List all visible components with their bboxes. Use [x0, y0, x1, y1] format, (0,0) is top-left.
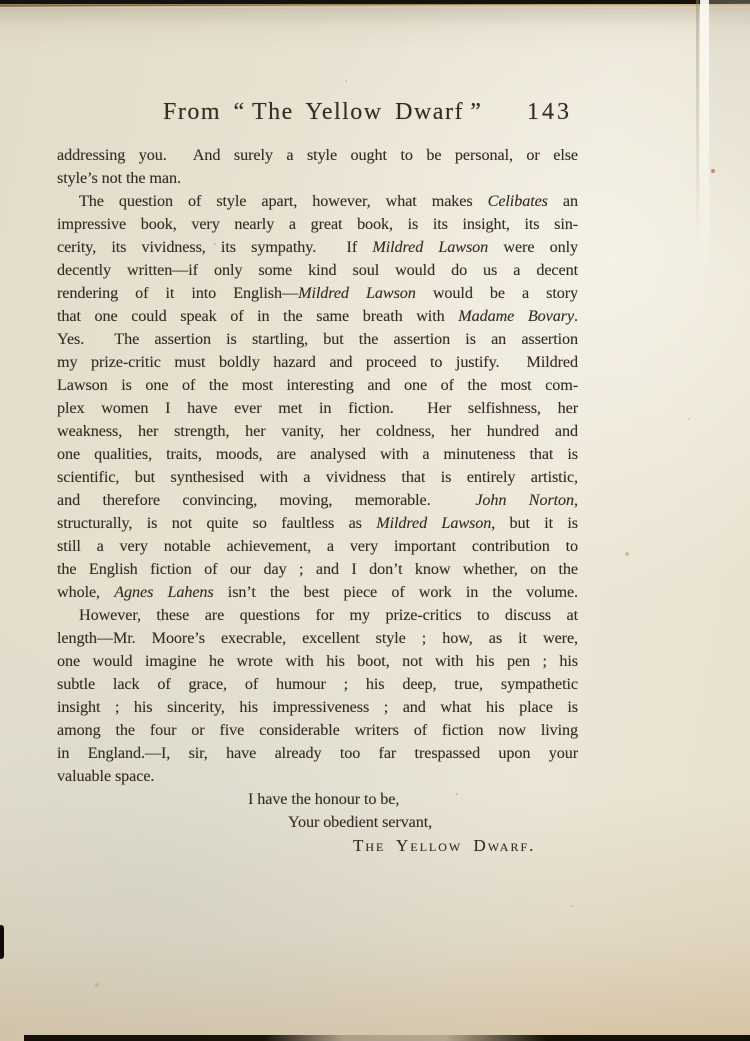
text-run: cerity, its vividness, its sympathy. If	[57, 238, 372, 256]
text-run: plex women I have ever met in fiction. H…	[57, 399, 578, 417]
book-title-italic: Agnes Lahens	[114, 583, 213, 601]
underlying-page-edge	[709, 0, 750, 280]
page-edge-crease	[696, 0, 699, 240]
text-run: whole,	[57, 583, 114, 601]
text-run: addressing you. And surely a style ought…	[57, 146, 578, 164]
closing-line-honour: I have the honour to be,	[57, 788, 578, 811]
text-line: addressing you. And surely a style ought…	[57, 144, 578, 167]
text-run: .	[574, 307, 578, 325]
text-line: plex women I have ever met in fiction. H…	[57, 397, 578, 420]
text-line: that one could speak of in the same brea…	[57, 305, 578, 328]
text-run: style’s not the man.	[57, 169, 181, 187]
text-run: decently written—if only some kind soul …	[57, 261, 578, 279]
text-run: ,	[574, 491, 578, 509]
text-line: impressive book, very nearly a great boo…	[57, 213, 578, 236]
text-line: However, these are questions for my priz…	[57, 604, 578, 627]
text-line: one would imagine he wrote with his boot…	[57, 650, 578, 673]
text-run: still a very notable achievement, a very…	[57, 537, 578, 555]
text-line: structurally, is not quite so faultless …	[57, 512, 578, 535]
closing-line-servant: Your obedient servant,	[57, 811, 578, 834]
text-line: and therefore convincing, moving, memora…	[57, 489, 578, 512]
scan-top-shadow	[0, 8, 750, 28]
text-line: among the four or five considerable writ…	[57, 719, 578, 742]
text-run: would be a story	[416, 284, 578, 302]
text-run: one qualities, traits, moods, are analys…	[57, 445, 578, 463]
text-line: Yes. The assertion is startling, but the…	[57, 328, 578, 351]
text-line: insight ; his sincerity, his impressiven…	[57, 696, 578, 719]
text-line: scientific, but synthesised with a vivid…	[57, 466, 578, 489]
text-line: the English fiction of our day ; and I d…	[57, 558, 578, 581]
closing-block: I have the honour to be, Your obedient s…	[57, 788, 578, 857]
text-run: an	[548, 192, 578, 210]
chapter-title: From “ The Yellow Dwarf ”	[163, 99, 482, 125]
text-line: weakness, her strength, her vanity, her …	[57, 420, 578, 443]
book-title-italic: Mildred Lawson	[298, 284, 416, 302]
text-line: subtle lack of grace, of humour ; his de…	[57, 673, 578, 696]
text-run: scientific, but synthesised with a vivid…	[57, 468, 578, 486]
text-run: structurally, is not quite so faultless …	[57, 514, 376, 532]
text-run: , but it is	[491, 514, 578, 532]
text-line: length—Mr. Moore’s execrable, excellent …	[57, 627, 578, 650]
running-head: From “ The Yellow Dwarf ” 143	[57, 99, 578, 125]
page-edge-highlight	[700, 0, 709, 300]
book-title-italic: Madame Bovary	[458, 307, 574, 325]
text-run: were only	[488, 238, 578, 256]
scan-bottom-edge	[24, 1035, 750, 1041]
text-run: and therefore convincing, moving, memora…	[57, 491, 475, 509]
text-line: valuable space.	[57, 765, 578, 788]
text-run: rendering of it into English—	[57, 284, 298, 302]
scanned-book-page: From “ The Yellow Dwarf ” 143 addressing…	[0, 0, 750, 1041]
page-number: 143	[527, 99, 572, 125]
text-run: weakness, her strength, her vanity, her …	[57, 422, 578, 440]
text-line: still a very notable achievement, a very…	[57, 535, 578, 558]
text-line: cerity, its vividness, its sympathy. If …	[57, 236, 578, 259]
text-run: length—Mr. Moore’s execrable, excellent …	[57, 629, 578, 647]
paper-foxing-speckles	[0, 0, 2, 2]
text-run: subtle lack of grace, of humour ; his de…	[57, 675, 578, 693]
text-line: rendering of it into English—Mildred Law…	[57, 282, 578, 305]
text-run: Lawson is one of the most interesting an…	[57, 376, 578, 394]
text-run: Yes. The assertion is startling, but the…	[57, 330, 578, 348]
text-run: insight ; his sincerity, his impressiven…	[57, 698, 578, 716]
text-run: among the four or five considerable writ…	[57, 721, 578, 739]
text-run: isn’t the best piece of work in the volu…	[214, 583, 578, 601]
text-run: However, these are questions for my priz…	[79, 606, 578, 624]
text-line: my prize-critic must boldly hazard and p…	[57, 351, 578, 374]
book-title-italic: John Norton	[475, 491, 574, 509]
body-lines: addressing you. And surely a style ought…	[57, 144, 578, 788]
text-line: Lawson is one of the most interesting an…	[57, 374, 578, 397]
text-line: in England.—I, sir, have already too far…	[57, 742, 578, 765]
text-line: one qualities, traits, moods, are analys…	[57, 443, 578, 466]
text-run: The question of style apart, however, wh…	[79, 192, 488, 210]
text-run: that one could speak of in the same brea…	[57, 307, 458, 325]
text-line: The question of style apart, however, wh…	[57, 190, 578, 213]
book-title-italic: Celibates	[488, 192, 548, 210]
text-run: my prize-critic must boldly hazard and p…	[57, 353, 578, 371]
body-text: addressing you. And surely a style ought…	[57, 144, 578, 857]
text-line: whole, Agnes Lahens isn’t the best piece…	[57, 581, 578, 604]
text-line: style’s not the man.	[57, 167, 578, 190]
text-run: impressive book, very nearly a great boo…	[57, 215, 578, 233]
text-run: the English fiction of our day ; and I d…	[57, 560, 578, 578]
text-run: valuable space.	[57, 767, 154, 785]
signature-yellow-dwarf: The Yellow Dwarf.	[57, 834, 578, 857]
text-run: in England.—I, sir, have already too far…	[57, 744, 578, 762]
book-title-italic: Mildred Lawson	[372, 238, 488, 256]
text-line: decently written—if only some kind soul …	[57, 259, 578, 282]
book-title-italic: Mildred Lawson	[376, 514, 491, 532]
text-run: one would imagine he wrote with his boot…	[57, 652, 578, 670]
scan-left-notch	[0, 925, 4, 959]
